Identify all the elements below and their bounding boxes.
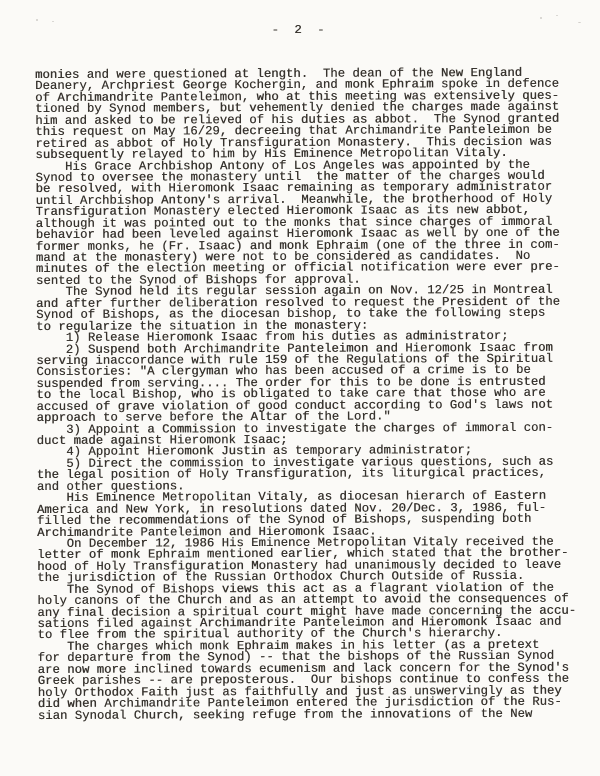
page-number: - 2 - — [0, 23, 600, 37]
scan-speck — [36, 19, 38, 21]
text-line: sian Synodal Church, seeking refuge from… — [38, 708, 577, 722]
scan-speck — [540, 17, 542, 19]
document-body: monies and were questioned at length. Th… — [35, 68, 577, 722]
typewritten-page: - 2 - monies and were questioned at leng… — [0, 0, 600, 776]
scan-speck — [52, 21, 54, 22]
scan-speck — [556, 15, 558, 16]
